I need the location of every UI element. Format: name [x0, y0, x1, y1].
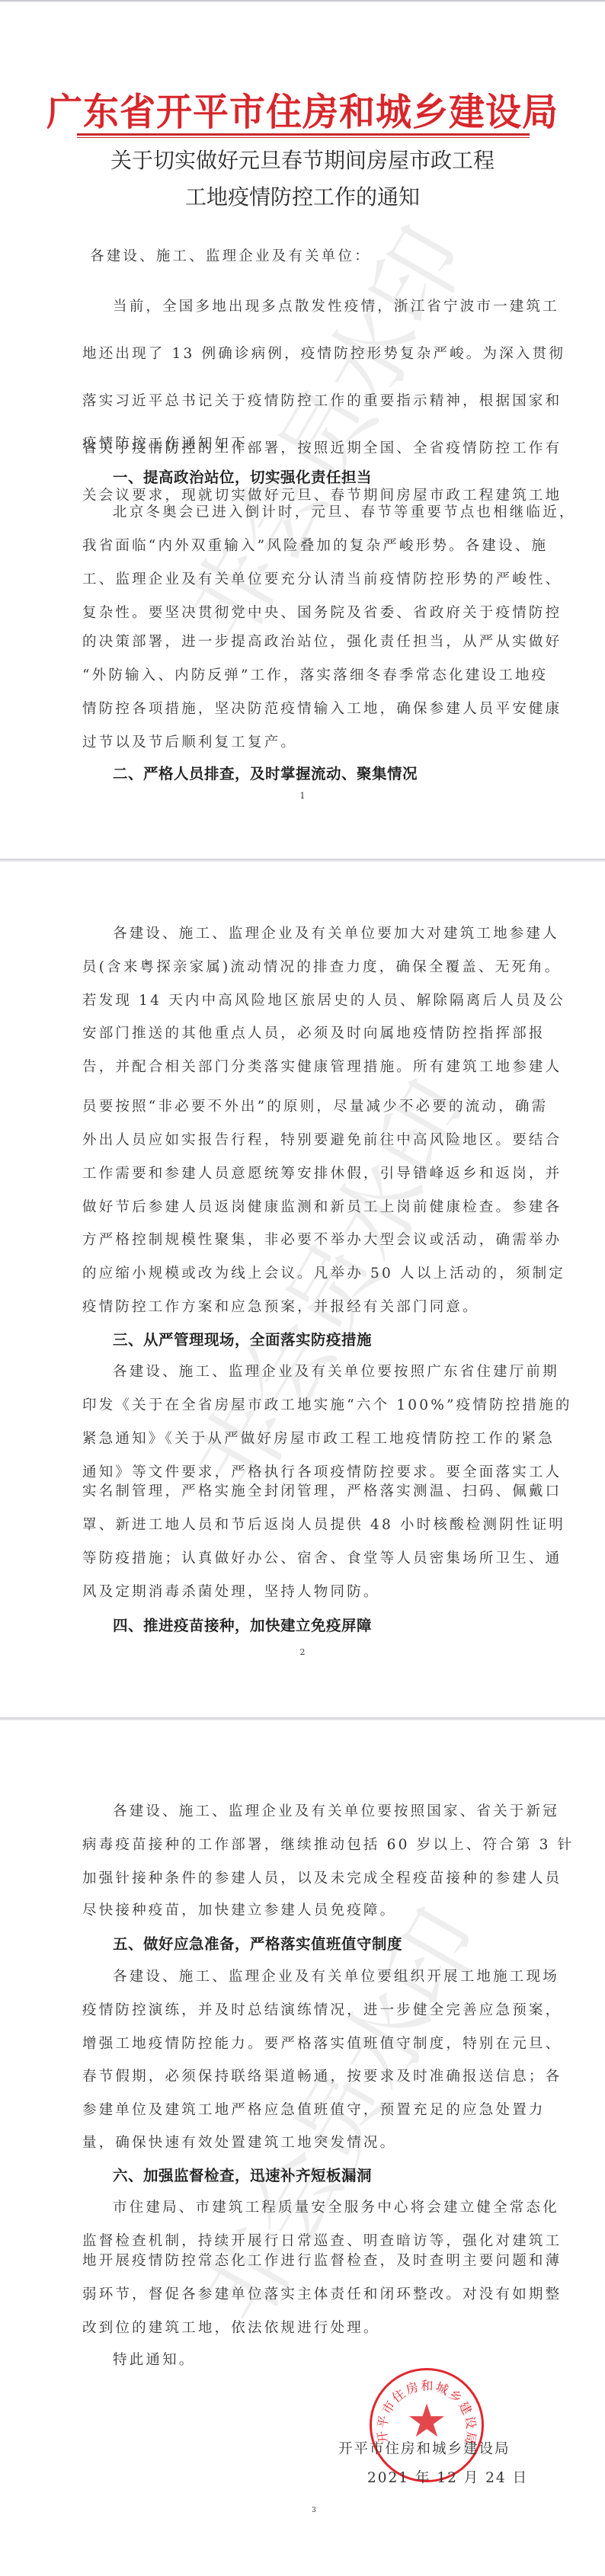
paragraph-line: 做好节后参建人员返岗健康监测和新员工上岗前健康检查。参建各 [82, 1196, 523, 1216]
paragraph-line: 的应缩小规模或改为线上会议。凡举办 50 人以上活动的，须制定 [82, 1262, 523, 1282]
paragraph-line: 弱环节，督促各参建单位落实主体责任和闭环整改。对没有如期整 [82, 2283, 523, 2303]
paragraph-line: 复杂性。要坚决贯彻党中央、国务院及省委、省政府关于疫情防控 [82, 602, 523, 622]
paragraph-line: 过节以及节后顺利复工复产。 [82, 731, 523, 751]
paragraph-line: 各建设、施工、监理企业及有关单位要按照国家、省关于新冠 [113, 1800, 523, 1820]
addressee: 各建设、施工、监理企业及有关单位： [90, 245, 530, 265]
document-title-line-2: 工地疫情防控工作的通知 [0, 179, 605, 216]
paragraph-line: 当前，全国多地出现多点散发性疫情，浙江省宁波市一建筑工 [113, 296, 523, 315]
document-page-2: 各建设、施工、监理企业及有关单位要加大对建筑工地参建人 员(含来粤探亲家属)流动… [0, 862, 605, 1717]
paragraph-line: 员要按照“非必要不外出”的原则，尽量减少不必要的流动，确需 [82, 1096, 523, 1115]
paragraph-line: 监督检查机制，持续开展行日常巡查、明查暗访等，强化对建筑工 [82, 2230, 523, 2250]
paragraph-line: 等防疫措施；认真做好办公、宿舍、食堂等人员密集场所卫生、通 [82, 1547, 523, 1567]
paragraph-line: 印发《关于在全省房屋市政工地实施“六个 100%”疫情防控措施的 [82, 1394, 523, 1414]
paragraph-line: 工作需要和参建人员意愿统筹安排休假，引导错峰返乡和返岗，并 [82, 1163, 523, 1182]
paragraph-line: 地开展疫情防控常态化工作进行监督检查，及时查明主要问题和薄 [82, 2250, 523, 2270]
paragraph-line: 各建设、施工、监理企业及有关单位要按照广东省住建厅前期 [113, 1361, 523, 1381]
section-heading-2: 二、严格人员排查，及时掌握流动、聚集情况 [113, 762, 418, 783]
paragraph-line: 参建单位及建筑工地严格应急值班值守，预置充足的应急处置力 [82, 2099, 523, 2119]
section-heading-1: 一、提高政治站位，切实强化责任担当 [113, 466, 372, 487]
paragraph-line: 的决策部署，进一步提高政治站位，强化责任担当，从严从实做好 [82, 631, 523, 651]
paragraph-line: 方严格控制规模性聚集，非必要不举办大型会议或活动，确需举办 [82, 1229, 523, 1249]
paragraph-line: 我省面临“内外双重输入”风险叠加的复杂严峻形势。各建设、施 [82, 535, 523, 555]
official-seal: 开平市住房和城乡建设局 ★ [370, 2368, 484, 2482]
paragraph-line: 落实习近平总书记关于疫情防控工作的重要指示精神，根据国家和 [82, 390, 523, 410]
paragraph-line: 通知》等文件要求，严格执行各项疫情防控要求。要全面落实工人 [82, 1461, 523, 1481]
paragraph-line: 各建设、施工、监理企业及有关单位要组织开展工地施工现场 [113, 1966, 523, 1986]
page-edge [0, 0, 605, 2]
paragraph-line: “外防输入、内防反弹”工作，落实落细冬春季常态化建设工地疫 [82, 664, 523, 684]
paragraph-line: 紧急通知》《关于从严做好房屋市政工程工地疫情防控工作的紧急 [82, 1428, 523, 1448]
paragraph-line: 罩、新进工地人员和节后返岗人员提供 48 小时核酸检测阴性证明 [82, 1514, 523, 1534]
page-number: 1 [0, 791, 605, 801]
paragraph-line: 实名制管理，严格实施全封闭管理，严格落实测温、扫码、佩戴口 [82, 1480, 523, 1500]
issue-date: 2021 年 12 月 24 日 [367, 2467, 528, 2487]
paragraph-line: 安部门推送的其他重点人员，必须及时向属地疫情防控指挥部报 [82, 1022, 523, 1042]
section-heading-5: 五、做好应急准备，严格落实值班值守制度 [113, 1932, 402, 1954]
paragraph-line: 改到位的建筑工地，依法依规进行处理。 [82, 2317, 523, 2337]
section-heading-6: 六、加强监督检查，迅速补齐短板漏洞 [113, 2164, 372, 2185]
paragraph-line: 病毒疫苗接种的工作部署，继续推动包括 60 岁以上、符合第 3 针 [82, 1834, 523, 1854]
paragraph-line: 市住建局、市建筑工程质量安全服务中心将会建立健全常态化 [113, 2197, 523, 2216]
paragraph-line: 加强针接种条件的参建人员，以及未完成全程疫苗接种的参建人员 [82, 1867, 523, 1887]
document-page-3: 各建设、施工、监理企业及有关单位要按照国家、省关于新冠 病毒疫苗接种的工作部署，… [0, 1720, 605, 2576]
paragraph-line: 疫情防控工作通知如下。 [82, 433, 523, 453]
section-heading-3: 三、从严管理现场，全面落实防疫措施 [113, 1328, 372, 1349]
paragraph-line: 增强工地疫情防控能力。要严格落实值班值守制度，特别在元旦、 [82, 2033, 523, 2053]
masthead: 广东省开平市住房和城乡建设局 [0, 82, 605, 136]
paragraph-line: 情防控各项措施，坚决防范疫情输入工地，确保参建人员平安健康 [82, 698, 523, 718]
paragraph-line: 量，确保快速有效处置建筑工地突发情况。 [82, 2132, 523, 2152]
red-divider [77, 133, 530, 136]
issuer-signature: 开平市住房和城乡建设局 [338, 2438, 511, 2458]
document-title-line-1: 关于切实做好元旦春节期间房屋市政工程 [0, 142, 605, 179]
red-divider-thin [77, 137, 530, 138]
paragraph-line: 尽快接种疫苗，加快建立参建人员免疫障。 [82, 1899, 523, 1919]
page-number: 2 [0, 1647, 605, 1657]
paragraph-line: 员(含来粤探亲家属)流动情况的排查力度，确保全覆盖、无死角。 [82, 956, 523, 976]
closing-line: 特此通知。 [113, 2349, 523, 2369]
paragraph-line: 若发现 14 天内中高风险地区旅居史的人员、解除隔离后人员及公 [82, 990, 523, 1010]
paragraph-line: 北京冬奥会已进入倒计时，元旦、春节等重要节点也相继临近， [113, 501, 523, 521]
paragraph-line: 工、监理企业及有关单位要充分认清当前疫情防控形势的严峻性、 [82, 568, 523, 588]
paragraph-line: 外出人员应如实报告行程，特别要避免前往中高风险地区。要结合 [82, 1129, 523, 1149]
watermark: 非会员水印 [149, 200, 491, 662]
paragraph-line: 地还出现了 13 例确诊病例，疫情防控形势复杂严峻。为深入贯彻 [82, 343, 523, 363]
document-page-1: 广东省开平市住房和城乡建设局 关于切实做好元旦春节期间房屋市政工程 工地疫情防控… [0, 0, 605, 859]
section-heading-4: 四、推进疫苗接种，加快建立免疫屏障 [113, 1614, 372, 1635]
paragraph-line: 春节假期，必须保持联络渠道畅通，按要求及时准确报送信息；各 [82, 2066, 523, 2085]
paragraph-line: 各建设、施工、监理企业及有关单位要加大对建筑工地参建人 [113, 923, 523, 942]
page-number: 3 [306, 2507, 322, 2514]
paragraph-line: 疫情防控演练，并及时总结演练情况，进一步健全完善应急预案， [82, 1999, 523, 2019]
paragraph-line: 告，并配合相关部门分类落实健康管理措施。所有建筑工地参建人 [82, 1056, 523, 1076]
paragraph-line: 疫情防控工作方案和应急预案，并报经有关部门同意。 [82, 1296, 523, 1316]
paragraph-line: 风及定期消毒杀菌处理，坚持人物同防。 [82, 1581, 523, 1601]
